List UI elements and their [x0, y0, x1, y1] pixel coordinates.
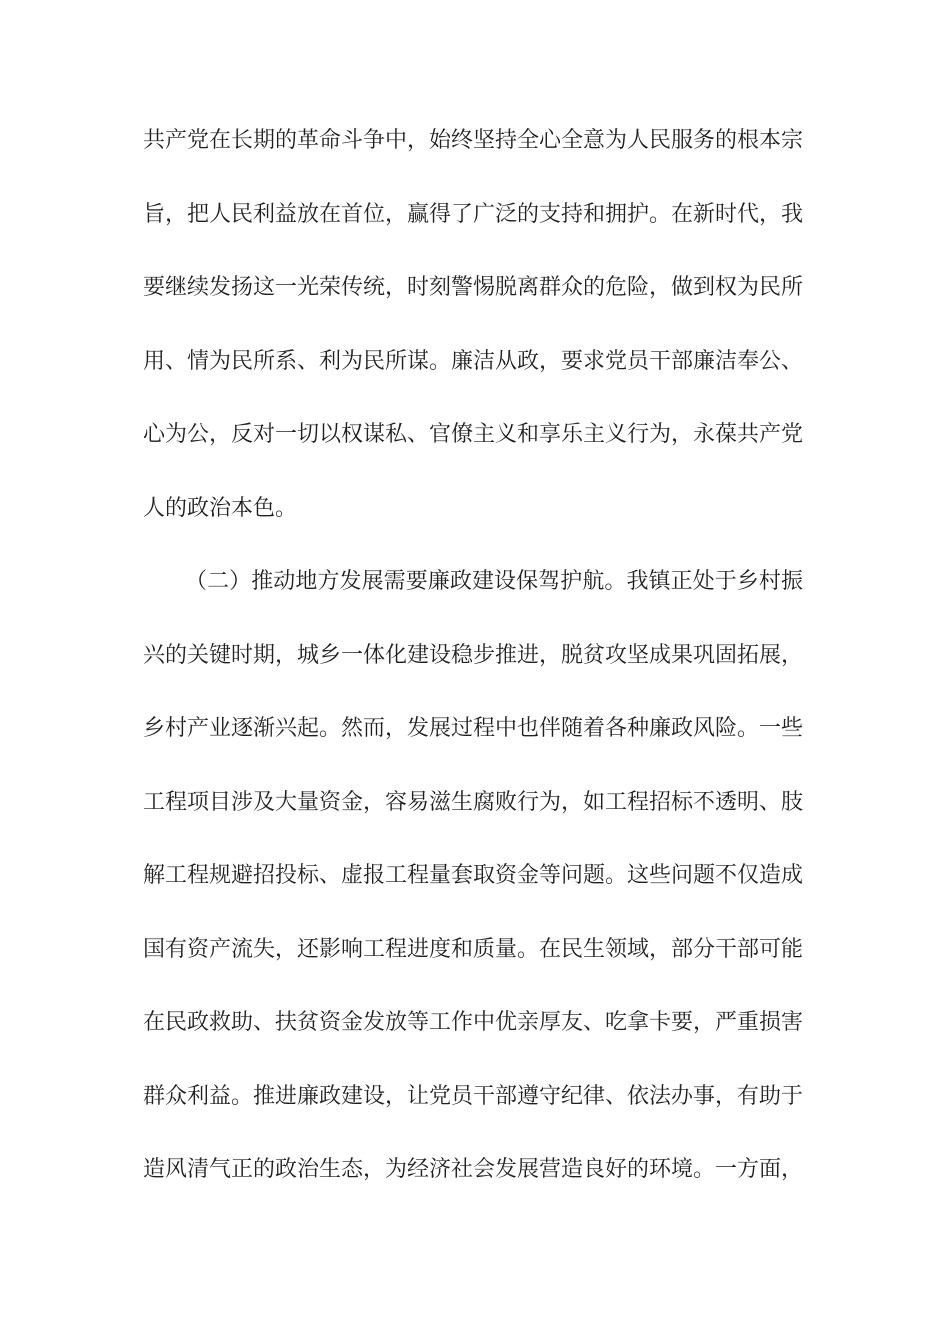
text-line: 心为公，反对一切以权谋私、官僚主义和享乐主义行为，永葆共产党: [143, 398, 803, 472]
text-line: 群众利益。推进廉政建设，让党员干部遵守纪律、依法办事，有助于打: [143, 1060, 803, 1134]
text-line: 人的政治本色。: [143, 472, 803, 546]
text-line: 造风清气正的政治生态，为经济社会发展营造良好的环境。一方面，: [143, 1133, 803, 1207]
document-body-text: 共产党在长期的革命斗争中，始终坚持全心全意为人民服务的根本宗 旨，把人民利益放在…: [143, 104, 803, 1207]
text-line: 工程项目涉及大量资金，容易滋生腐败行为，如工程招标不透明、肢: [143, 766, 803, 840]
text-line: 解工程规避招投标、虚报工程量套取资金等问题。这些问题不仅造成: [143, 839, 803, 913]
text-line: 兴的关键时期，城乡一体化建设稳步推进，脱贫攻坚成果巩固拓展，: [143, 619, 803, 693]
text-line: 共产党在长期的革命斗争中，始终坚持全心全意为人民服务的根本宗: [143, 104, 803, 178]
text-line: 旨，把人民利益放在首位，赢得了广泛的支持和拥护。在新时代，我们: [143, 178, 803, 252]
paragraph-local-development: （二）推动地方发展需要廉政建设保驾护航。我镇正处于乡村振 兴的关键时期，城乡一体…: [143, 545, 803, 1207]
text-line: 国有资产流失，还影响工程进度和质量。在民生领域，部分干部可能: [143, 913, 803, 987]
text-line: 要继续发扬这一光荣传统，时刻警惕脱离群众的危险，做到权为民所: [143, 251, 803, 325]
text-line: 乡村产业逐渐兴起。然而，发展过程中也伴随着各种廉政风险。一些: [143, 692, 803, 766]
paragraph-serve-people: 共产党在长期的革命斗争中，始终坚持全心全意为人民服务的根本宗 旨，把人民利益放在…: [143, 104, 803, 545]
text-line: 用、情为民所系、利为民所谋。廉洁从政，要求党员干部廉洁奉公、一: [143, 325, 803, 399]
text-line: （二）推动地方发展需要廉政建设保驾护航。我镇正处于乡村振: [143, 545, 803, 619]
document-page: 共产党在长期的革命斗争中，始终坚持全心全意为人民服务的根本宗 旨，把人民利益放在…: [0, 0, 950, 1344]
text-line: 在民政救助、扶贫资金发放等工作中优亲厚友、吃拿卡要，严重损害: [143, 986, 803, 1060]
